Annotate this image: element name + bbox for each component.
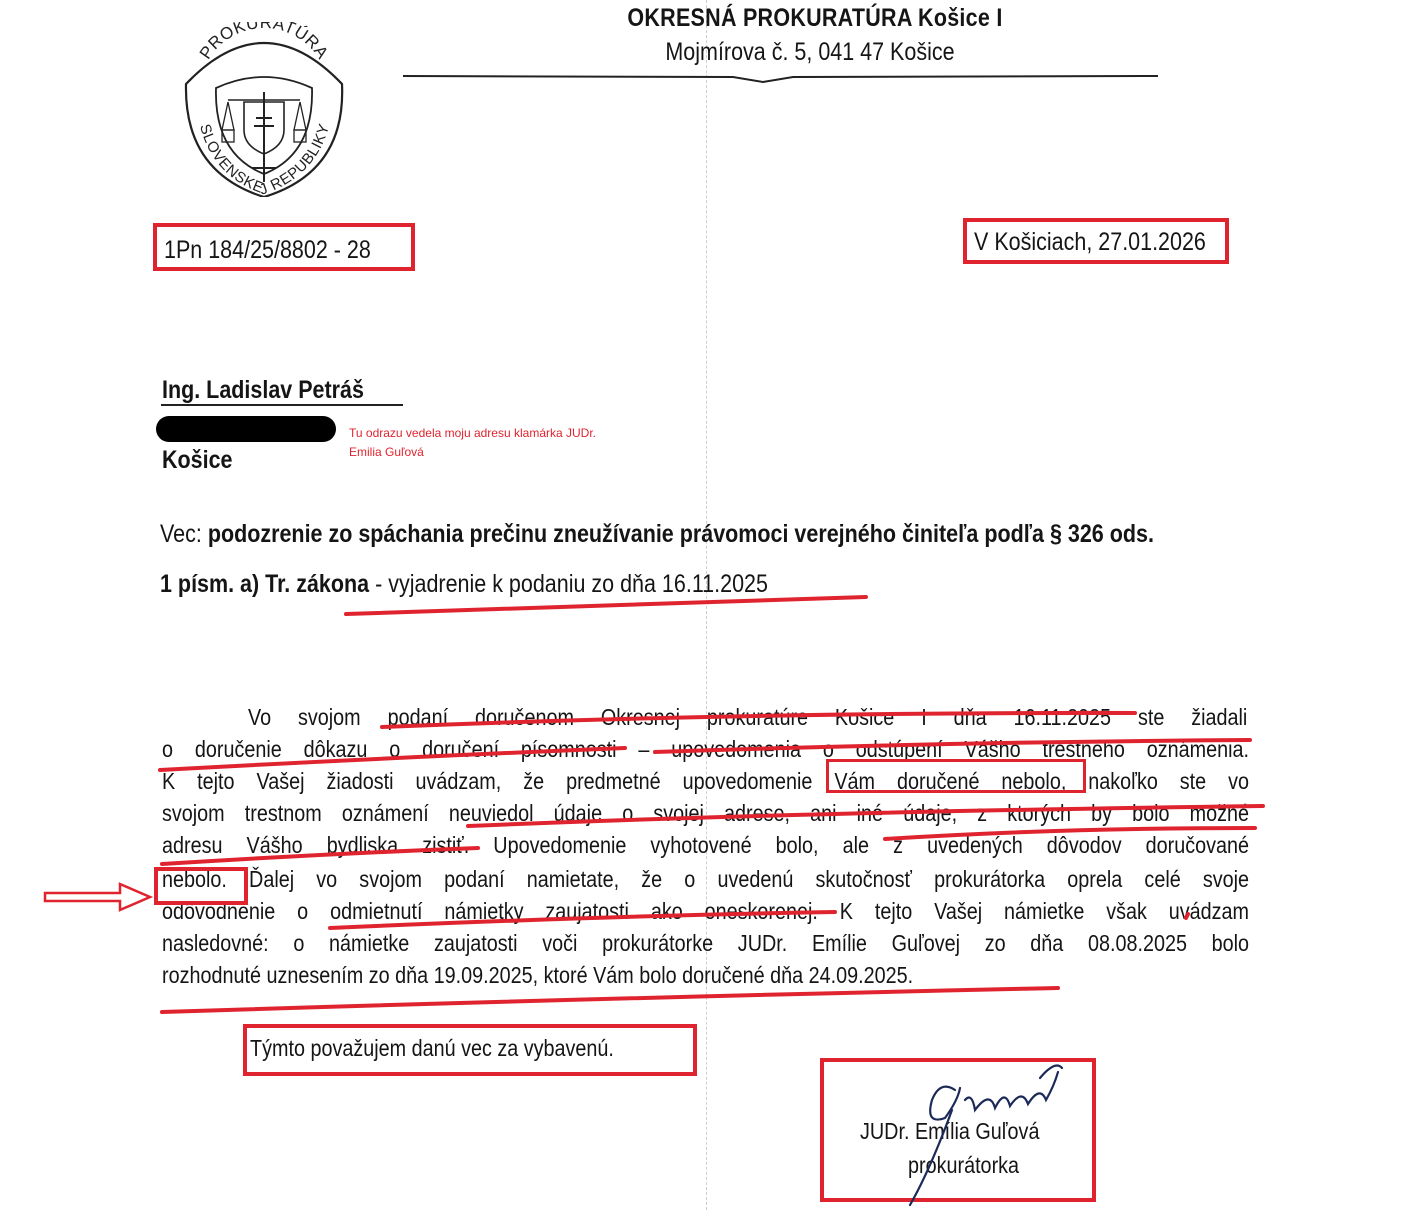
annotation-note-line1: Tu odrazu vedela moju adresu klamárka JU…	[349, 424, 596, 443]
subject-label: Vec:	[160, 520, 202, 548]
recipient-city: Košice	[162, 446, 233, 475]
annotation-note: Tu odrazu vedela moju adresu klamárka JU…	[349, 424, 596, 462]
signer-role: prokurátorka	[908, 1152, 1019, 1179]
paper-fold-line	[706, 0, 707, 1210]
body-line: Vo svojom podaní doručenom Okresnej prok…	[248, 704, 1247, 731]
prosecution-seal-icon: PROKURATÚRA SLOVENSKEJ REPUBLIKY	[178, 22, 350, 197]
nebolo-highlight	[154, 867, 248, 905]
body-line: odôvodnenie o odmietnutí námietky zaujat…	[162, 898, 1249, 925]
subject-text: podozrenie zo spáchania prečinu zneužíva…	[208, 520, 1154, 548]
subject-line-1: Vec: podozrenie zo spáchania prečinu zne…	[160, 520, 1154, 549]
annotation-note-line2: Emilia Guľová	[349, 443, 596, 462]
office-address: Mojmírova č. 5, 041 47 Košice	[595, 38, 1025, 67]
body-line: nebolo. Ďalej vo svojom podaní namietate…	[162, 866, 1249, 893]
subject-reply: - vyjadrenie k podaniu zo dňa 16.11.2025	[369, 570, 768, 598]
office-title: OKRESNÁ PROKURATÚRA Košice I	[596, 4, 1035, 33]
signer-name: JUDr. Emília Guľová	[860, 1118, 1039, 1145]
file-number: 1Pn 184/25/8802 - 28	[164, 236, 371, 265]
body-line: svojom trestnom oznámení neuviedol údaje…	[162, 800, 1249, 827]
subject-law: 1 písm. a) Tr. zákona	[160, 570, 369, 598]
header-rule	[403, 72, 1158, 84]
underline-decision	[162, 988, 1058, 1012]
subject-line-2: 1 písm. a) Tr. zákona - vyjadrenie k pod…	[160, 570, 768, 599]
recipient-name: Ing. Ladislav Petráš	[162, 376, 364, 405]
closing-sentence: Týmto považujem danú vec za vybavenú.	[250, 1035, 614, 1062]
body-line: rozhodnuté uznesením zo dňa 19.09.2025, …	[162, 962, 913, 989]
body-line: nasledovné: o námietke zaujatosti voči p…	[162, 930, 1249, 957]
redacted-address	[156, 416, 336, 442]
underline-subject-reply	[346, 597, 866, 614]
place-date: V Košiciach, 27.01.2026	[974, 228, 1206, 257]
right-arrow-icon	[45, 884, 150, 910]
not-delivered-highlight	[826, 759, 1086, 793]
recipient-name-underline	[161, 404, 403, 406]
body-line: adresu Vášho bydliska zistiť. Upovedomen…	[162, 832, 1249, 859]
